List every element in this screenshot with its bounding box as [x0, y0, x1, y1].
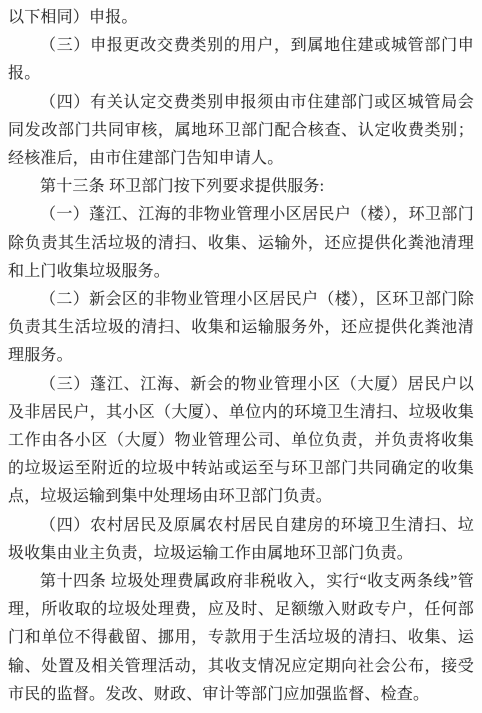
paragraph-article-13-item-1: （一）蓬江、江海的非物业管理小区居民户（楼），环卫部门除负责其生活垃圾的清扫、收… — [8, 201, 474, 286]
paragraph-continuation: 以下相同）申报。 — [8, 4, 474, 32]
paragraph-item-3-declare-change: （三）申报更改交费类别的用户，到属地住建或城管部门申报。 — [8, 32, 474, 88]
paragraph-item-4-category-review: （四）有关认定交费类别申报须由市住建部门或区城管局会同发改部门共同审核，属地环卫… — [8, 89, 474, 174]
paragraph-article-13-item-3: （三）蓬江、江海、新会的物业管理小区（大厦）居民户以及非居民户，其小区（大厦）、… — [8, 371, 474, 512]
document-page: 以下相同）申报。 （三）申报更改交费类别的用户，到属地住建或城管部门申报。 （四… — [0, 0, 482, 713]
paragraph-article-14: 第十四条 垃圾处理费属政府非税收入，实行“收支两条线”管理，所收取的垃圾处理费，… — [8, 568, 474, 709]
paragraph-article-13-heading: 第十三条 环卫部门按下列要求提供服务: — [8, 173, 474, 201]
paragraph-article-13-item-4: （四）农村居民及原属农村居民自建房的环境卫生清扫、垃圾收集由业主负责，垃圾运输工… — [8, 512, 474, 568]
paragraph-article-13-item-2: （二）新会区的非物业管理小区居民户（楼），区环卫部门除负责其生活垃圾的清扫、收集… — [8, 286, 474, 371]
